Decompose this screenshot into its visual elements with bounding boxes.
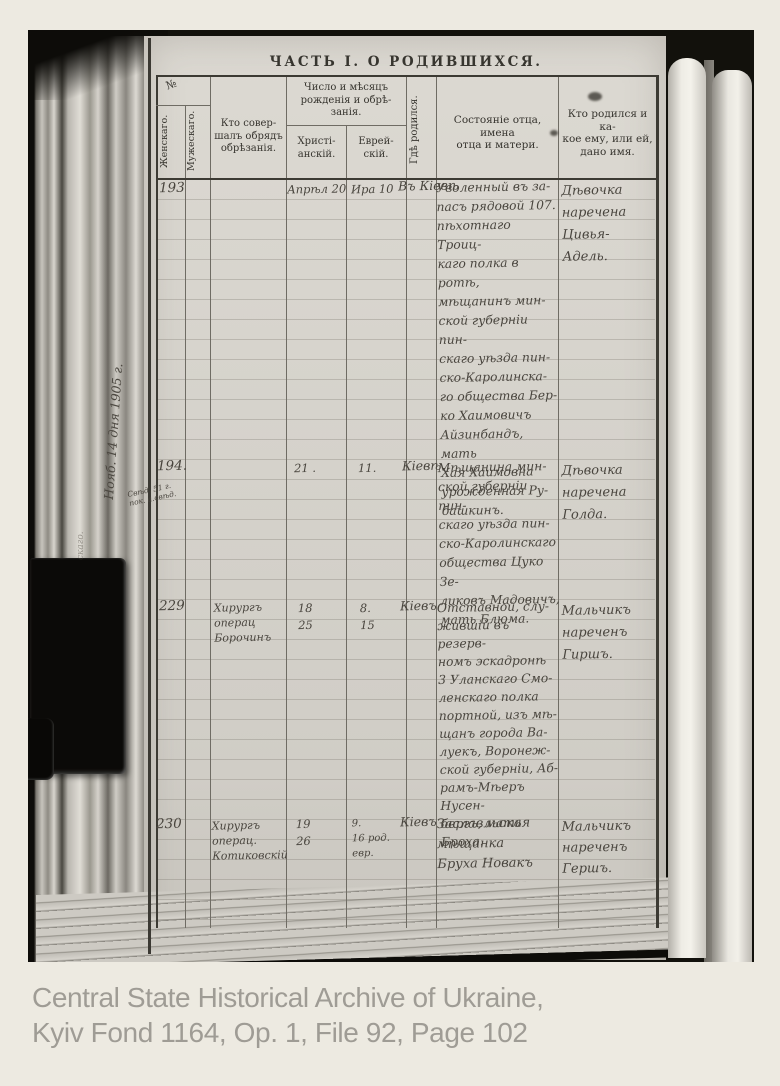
column-header-dates: Число и мѣсяцъ рожденія и обрѣ- занія.	[287, 82, 405, 120]
curled-page-edge	[668, 58, 706, 958]
column-header-female: Женскаго.	[159, 108, 183, 174]
page-title: ЧАСТЬ I. О РОДИВШИХСЯ.	[156, 54, 656, 70]
record-birthplace: Кіевѣ	[402, 458, 442, 474]
column-header-male: Мужескаго.	[186, 106, 208, 176]
record-number: 229	[159, 598, 185, 614]
grid-line	[286, 125, 406, 126]
grid-line	[156, 75, 658, 77]
grid-line	[656, 75, 659, 928]
record-date-jewish: Ира 10	[351, 181, 394, 199]
caption-line-2: Kyiv Fond 1164, Op. 1, File 92, Page 102	[32, 1017, 528, 1049]
record-child-name: Мальчикъ нареченъ Гершъ.	[561, 815, 654, 880]
record-birthplace: Кіевъ	[400, 814, 437, 830]
grid-line	[185, 105, 186, 928]
grid-line	[346, 125, 347, 928]
binder-clip-arm	[28, 718, 54, 780]
record-performer: Хирургъ операц. Котиковскій	[212, 817, 288, 863]
grid-line	[210, 75, 211, 928]
record-number: 193	[159, 180, 185, 196]
record-date-christian: 21 .	[294, 460, 316, 477]
column-header-jewish: Еврей- скій.	[348, 136, 404, 161]
record-child-name: Мальчикъ нареченъ Гиршъ.	[561, 599, 654, 667]
record-date-christian: Апрѣл 20	[287, 180, 347, 198]
record-child-name: Дѣвочка наречена Голда.	[561, 459, 654, 527]
record-date-christian: 19 26	[296, 816, 311, 850]
column-header-parents: Состояніе отца, имена отца и матери.	[438, 114, 557, 152]
record-child-name: Дѣвочка наречена Цивья- Адель.	[561, 179, 655, 269]
ink-stain	[588, 92, 602, 101]
record-number: 230	[156, 816, 182, 832]
grid-line	[406, 75, 407, 928]
ink-stain	[550, 130, 558, 136]
record-number: 194.	[157, 458, 187, 475]
archival-scan-photo: ЧАСТЬ I. О РОДИВШИХСЯ. № Женскаго. Мужес…	[28, 30, 754, 962]
record-birthplace: Кіевъ	[400, 598, 437, 614]
record-date-jewish: 8. 15	[360, 600, 375, 634]
underpage-text-fragment: скаго.	[76, 470, 86, 560]
column-header-christian: Христі- анскій.	[288, 136, 345, 161]
caption-line-1: Central State Historical Archive of Ukra…	[32, 982, 544, 1014]
record-parents: Заславльская мѣщанка Бруха Новакъ	[436, 813, 565, 875]
column-header-child: Кто родился и ка- кое ему, или ей, дано …	[560, 108, 655, 158]
grid-line	[286, 75, 287, 928]
column-header-birthplace: Гдѣ родился.	[409, 85, 434, 175]
curled-page-edge	[712, 70, 752, 962]
record-date-jewish: 11.	[358, 460, 377, 477]
record-date-christian: 18 25	[298, 600, 313, 634]
record-date-jewish: 9. 16 род. евр.	[352, 816, 391, 862]
column-header-performer: Кто совер- шалъ обрядъ обрѣзанія.	[212, 118, 285, 156]
record-performer: Хирургъ операц Борочинъ	[214, 599, 285, 645]
